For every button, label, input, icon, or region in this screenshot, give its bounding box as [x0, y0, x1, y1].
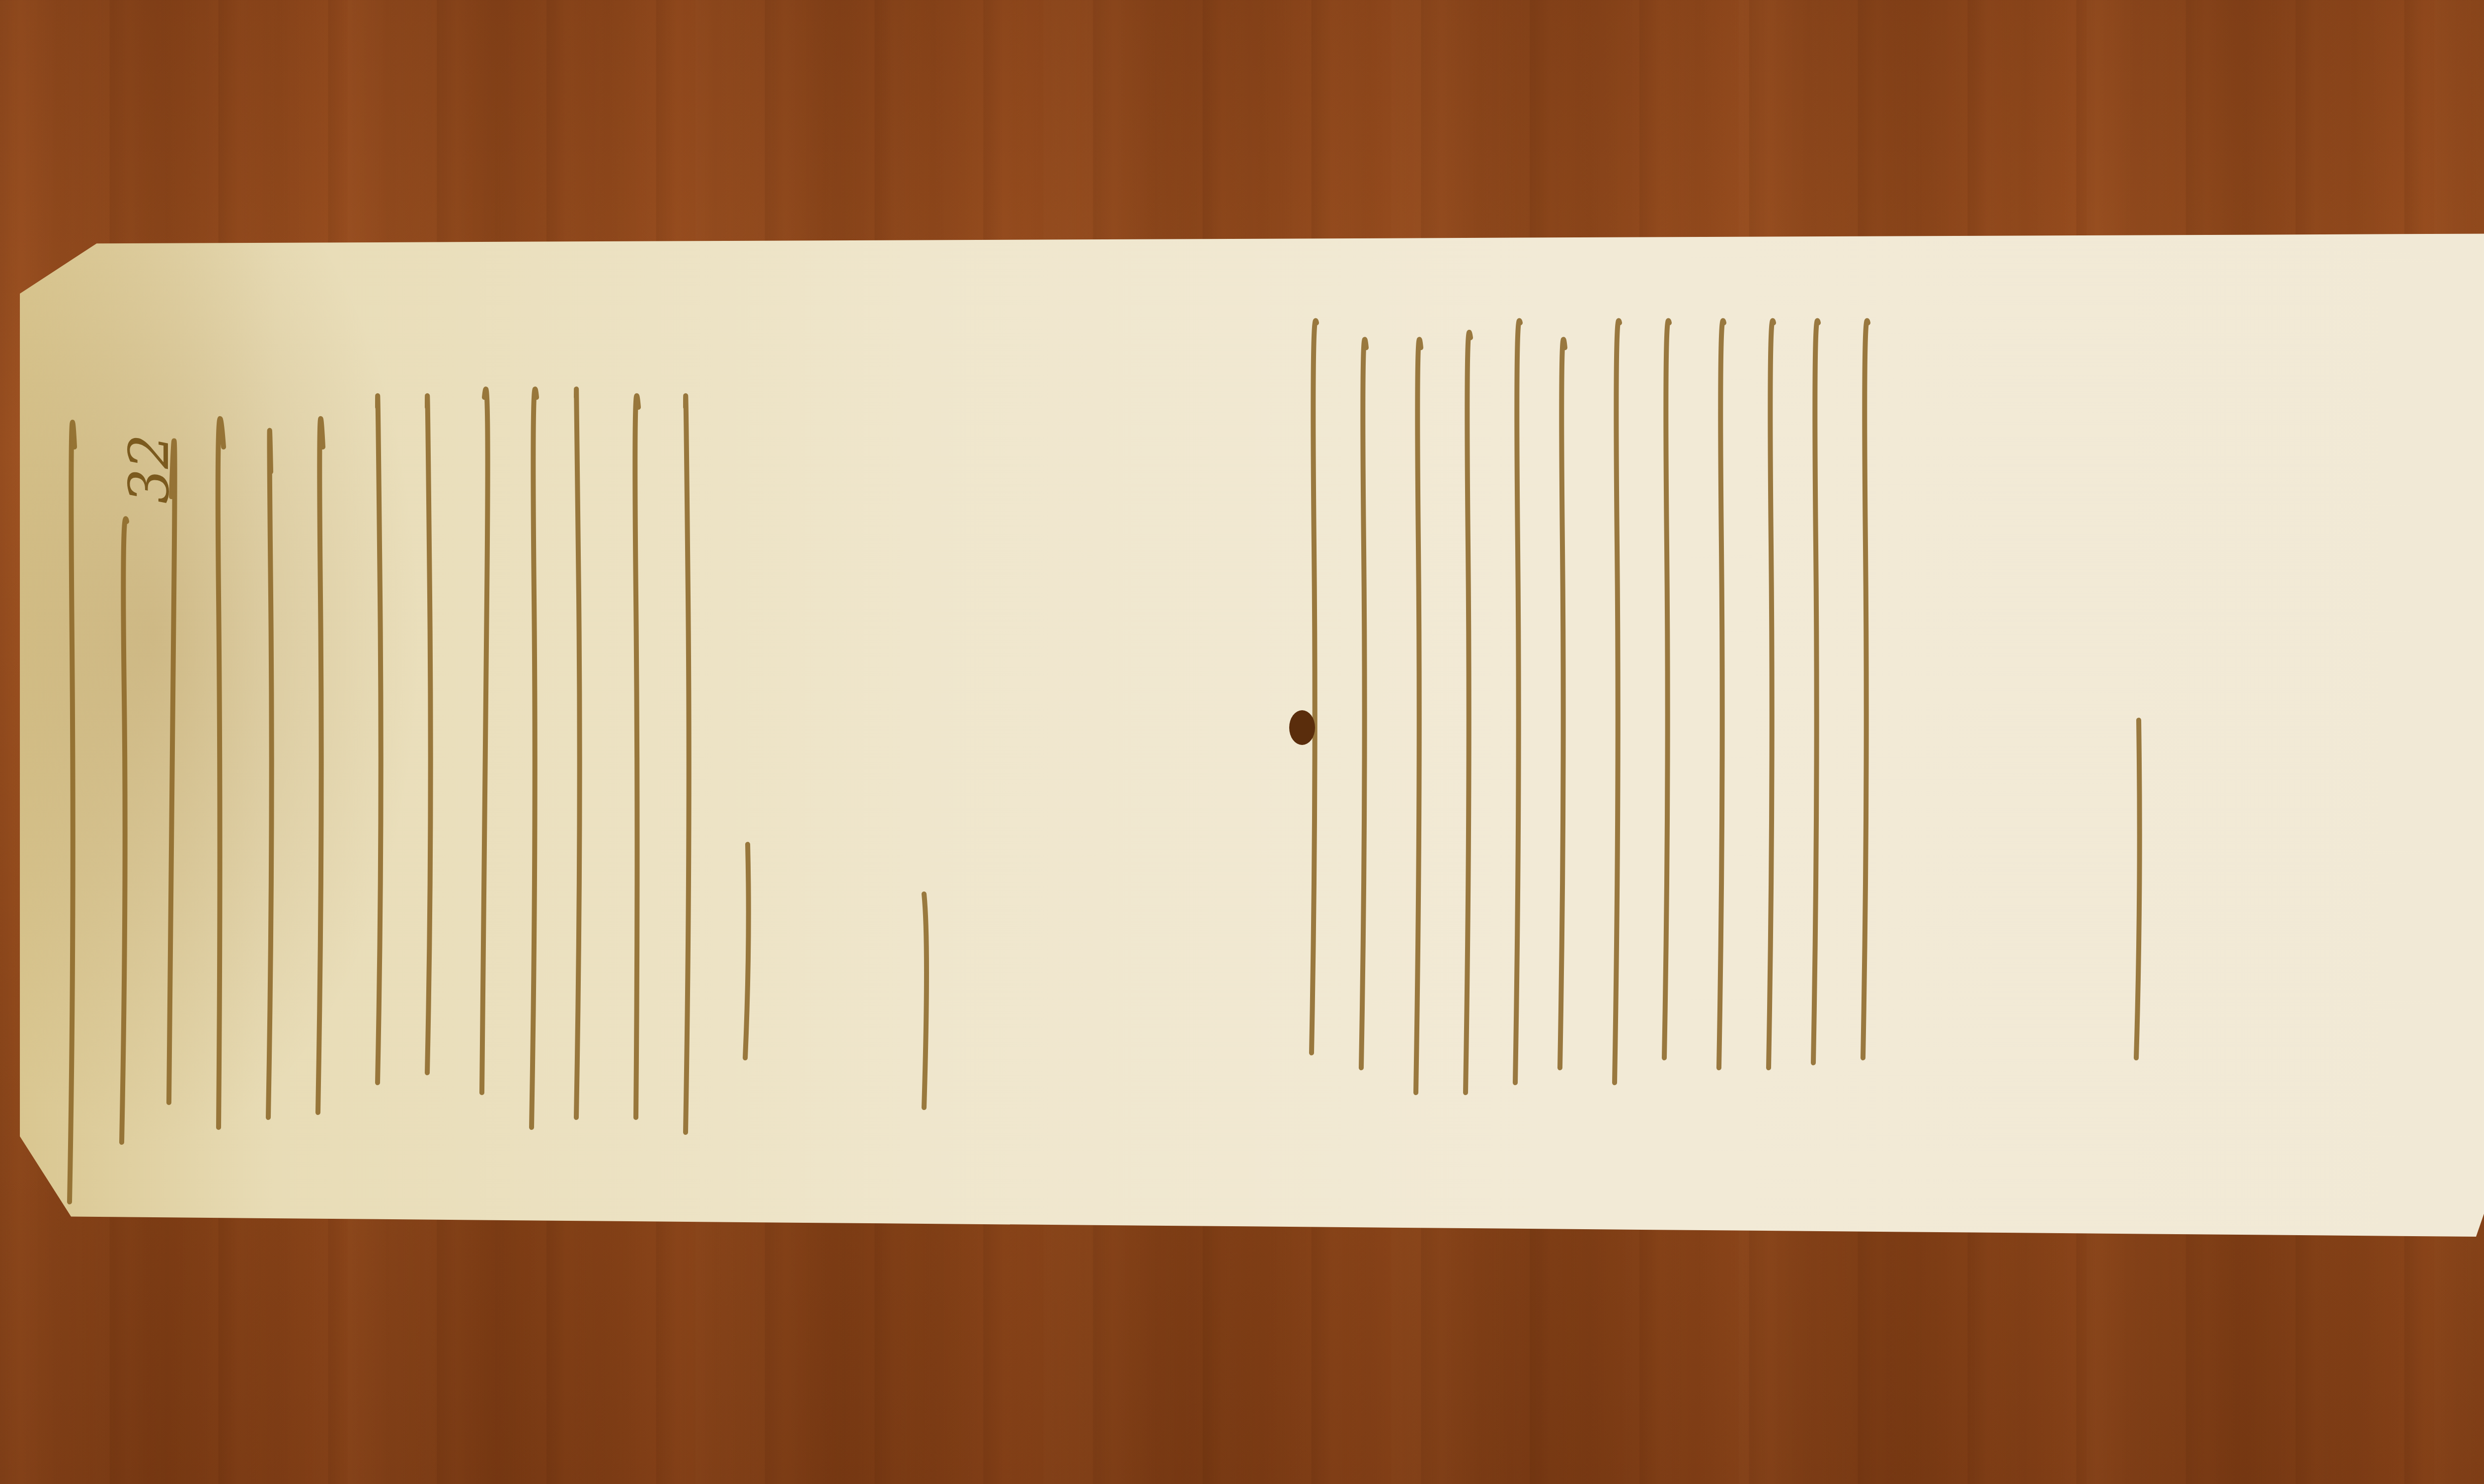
paper-hole [1289, 710, 1315, 745]
handwriting-right [0, 0, 2484, 1484]
